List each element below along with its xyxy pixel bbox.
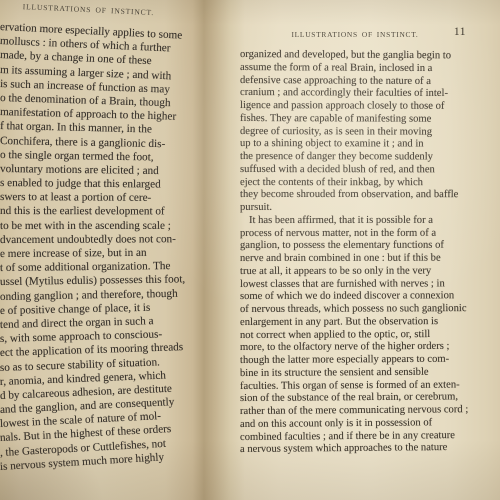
text-line: assume the form of a real Brain, inclose…: [240, 62, 470, 76]
text-line: process of nervous matter, not in the fo…: [240, 227, 470, 240]
text-line: to be met with in the ascending scale ;: [0, 218, 190, 232]
left-running-header: ILLUSTRATIONS OF INSTINCT.: [20, 2, 157, 17]
text-line: nerve and brain combined in one : but if…: [240, 253, 470, 266]
page-number: 11: [454, 26, 466, 38]
text-line: up to a shining object to examine it ; a…: [240, 138, 470, 151]
left-page: ILLUSTRATIONS OF INSTINCT. ervation more…: [0, 2, 190, 474]
text-line: enlargement in any part. But the observa…: [240, 316, 470, 330]
text-line: nd this is the earliest development of: [0, 204, 190, 219]
right-running-header: ILLUSTRATIONS OF INSTINCT.: [240, 30, 470, 39]
left-page-text: ervation more especially applies to some…: [0, 20, 190, 474]
open-book-photo: ILLUSTRATIONS OF INSTINCT. ervation more…: [0, 0, 500, 500]
text-line: fishes. They are capable of manifesting …: [240, 113, 470, 127]
text-line: eject the contents of their inkbag, by w…: [240, 177, 470, 190]
text-line: a nervous system which approaches to the…: [240, 442, 470, 457]
text-line: ganglion, to possess the elementary func…: [240, 240, 470, 253]
text-line: cranium ; and accordingly their facultie…: [240, 87, 470, 101]
text-line: bine in its structure the sensient and s…: [240, 366, 470, 380]
right-header-row: ILLUSTRATIONS OF INSTINCT. 11: [240, 26, 470, 39]
text-line: degree of curiosity, as is seen in their…: [240, 126, 470, 139]
text-line: they become shrouded from observation, a…: [240, 189, 470, 202]
text-line: It has been affirmed, that it is possibl…: [240, 215, 470, 228]
right-page-text: organized and developed, but the ganglia…: [240, 49, 470, 457]
text-line: true at all, it appears to be so only in…: [240, 265, 470, 278]
text-line: though the latter more especially appear…: [240, 354, 470, 368]
text-line: the presence of danger they become sudde…: [240, 151, 470, 164]
text-line: ligence and passion approach closely to …: [240, 100, 470, 114]
text-line: organized and developed, but the ganglia…: [240, 49, 470, 63]
right-page: ILLUSTRATIONS OF INSTINCT. 11 organized …: [240, 26, 470, 457]
text-line: some of which we do indeed discover a co…: [240, 290, 470, 304]
text-line: pursuit.: [240, 202, 470, 215]
text-line: suffused with a decided blush of red, an…: [240, 164, 470, 177]
text-line: lowest classes that are furnished with n…: [240, 278, 470, 291]
text-line: of nervous threads, which possess no suc…: [240, 303, 470, 317]
